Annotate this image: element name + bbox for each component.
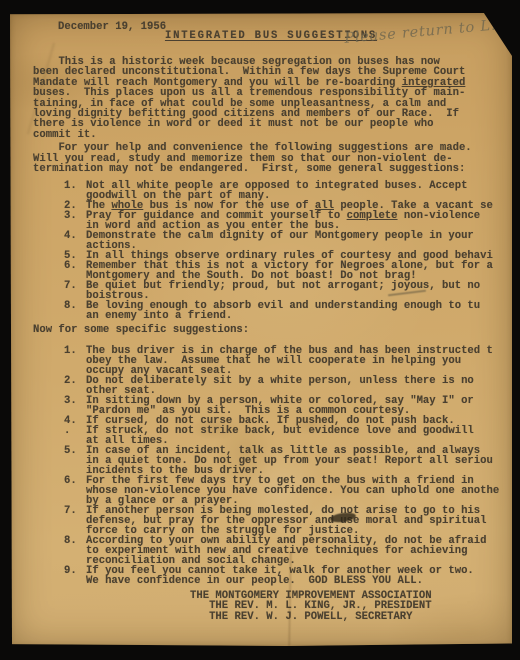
item-text: Remember that this is not a victory for …	[86, 261, 511, 281]
intro-paragraph: For your help and convenience the follow…	[33, 143, 511, 174]
item-text: Be quiet but friendly; proud, but not ar…	[86, 281, 511, 301]
item-number: 6.	[64, 261, 86, 281]
item-number: 7.	[64, 281, 86, 301]
item-text: Be loving enough to absorb evil and unde…	[86, 301, 511, 321]
item-text: The bus driver is in charge of the bus a…	[86, 346, 511, 376]
item-number: 3.	[64, 396, 86, 416]
item-number: 9.	[64, 566, 86, 586]
item-text: If another person is being molested, do …	[86, 506, 511, 536]
item-text: Demonstrate the calm dignity of our Mont…	[86, 231, 511, 251]
list-item: 5.In case of an incident, talk as little…	[33, 446, 511, 476]
list-item: 7.Be quiet but friendly; proud, but not …	[33, 281, 511, 301]
item-text: Not all white people are opposed to inte…	[86, 181, 511, 201]
item-text: If struck, do not strike back, but evide…	[86, 426, 511, 446]
item-number: 8.	[64, 536, 86, 566]
list-item: 4.Demonstrate the calm dignity of our Mo…	[33, 231, 511, 251]
item-number: 1.	[64, 346, 86, 376]
item-number: 1.	[64, 181, 86, 201]
specific-suggestions-list: 1.The bus driver is in charge of the bus…	[33, 346, 511, 586]
item-text: For the first few days try to get on the…	[86, 476, 511, 506]
list-item: 9.If you feel you cannot take it, walk f…	[33, 566, 511, 586]
document-body: This is a historic week because segregat…	[33, 57, 511, 622]
document-page: December 19, 1956 INTEGRATED BUS SUGGEST…	[10, 13, 512, 646]
handwritten-note: Please return to L.D.R.	[344, 15, 520, 47]
item-number: 3.	[64, 211, 86, 231]
signature-block: THE MONTGOMERY IMPROVEMENT ASSOCIATION T…	[190, 591, 511, 622]
specific-suggestions-heading: Now for some specific suggestions:	[33, 325, 511, 335]
item-number: 5.	[64, 446, 86, 476]
list-item: 8.Be loving enough to absorb evil and un…	[33, 301, 511, 321]
item-number: 8.	[64, 301, 86, 321]
intro-paragraph: This is a historic week because segregat…	[33, 57, 511, 140]
item-text: Do not deliberately sit by a white perso…	[86, 376, 511, 396]
signature-line: THE REV. W. J. POWELL, SECRETARY	[190, 612, 511, 622]
general-suggestions-list: 1.Not all white people are opposed to in…	[33, 181, 511, 321]
item-number: 7.	[64, 506, 86, 536]
list-item: .If struck, do not strike back, but evid…	[33, 426, 511, 446]
list-item: 8.According to your own ability and pers…	[33, 536, 511, 566]
item-text: In case of an incident, talk as little a…	[86, 446, 511, 476]
item-number: 6.	[64, 476, 86, 506]
item-number: .	[64, 426, 86, 446]
list-item: 1.Not all white people are opposed to in…	[33, 181, 511, 201]
list-item: 3.Pray for guidance and commit yourself …	[33, 211, 511, 231]
item-text: In sitting down by a person, white or co…	[86, 396, 511, 416]
list-item: 6.Remember that this is not a victory fo…	[33, 261, 511, 281]
list-item: 2.Do not deliberately sit by a white per…	[33, 376, 511, 396]
item-text: Pray for guidance and commit yourself to…	[86, 211, 511, 231]
list-item: 3.In sitting down by a person, white or …	[33, 396, 511, 416]
list-item: 6.For the first few days try to get on t…	[33, 476, 511, 506]
photo-background: December 19, 1956 INTEGRATED BUS SUGGEST…	[0, 0, 520, 660]
item-text: According to your own ability and person…	[86, 536, 511, 566]
item-text: If you feel you cannot take it, walk for…	[86, 566, 511, 586]
list-item: 7.If another person is being molested, d…	[33, 506, 511, 536]
item-number: 2.	[64, 376, 86, 396]
list-item: 1.The bus driver is in charge of the bus…	[33, 346, 511, 376]
item-number: 4.	[64, 231, 86, 251]
